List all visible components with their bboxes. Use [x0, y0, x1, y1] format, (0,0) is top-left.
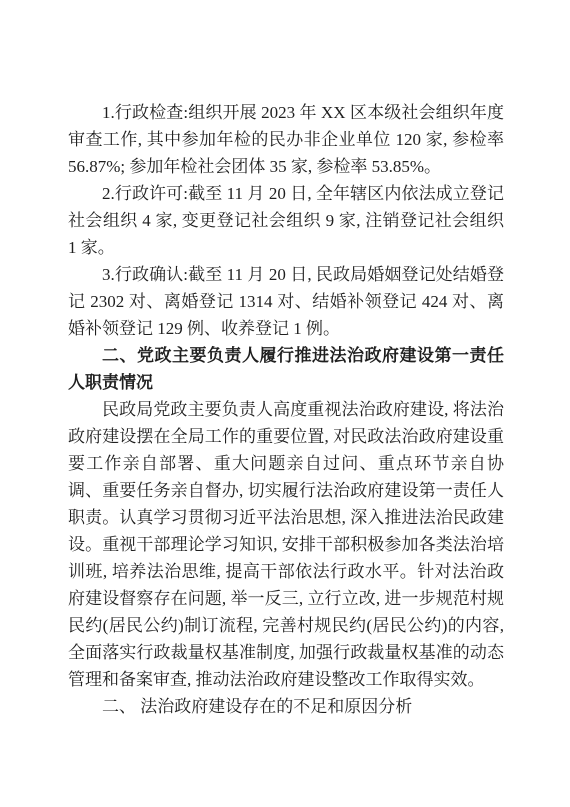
- heading-deficiency-cause-analysis: 二、 法治政府建设存在的不足和原因分析: [68, 693, 504, 720]
- heading-first-responsibility-duty: 二、党政主要负责人履行推进法治政府建设第一责任人职责情况: [68, 342, 504, 396]
- document-background: { "page": { "background_color": "#ffffff…: [0, 0, 570, 807]
- paragraph-responsibility-performance: 民政局党政主要负责人高度重视法治政府建设, 将法治政府建设摆在全局工作的重要位置…: [68, 396, 504, 693]
- paragraph-administrative-confirmation: 3.行政确认:截至 11 月 20 日, 民政局婚姻登记处结婚登记 2302 对…: [68, 261, 504, 342]
- document-page: 1.行政检查:组织开展 2023 年 XX 区本级社会组织年度审查工作, 其中参…: [68, 99, 504, 720]
- paragraph-administrative-inspection: 1.行政检查:组织开展 2023 年 XX 区本级社会组织年度审查工作, 其中参…: [68, 99, 504, 180]
- paragraph-administrative-permission: 2.行政许可:截至 11 月 20 日, 全年辖区内依法成立登记社会组织 4 家…: [68, 180, 504, 261]
